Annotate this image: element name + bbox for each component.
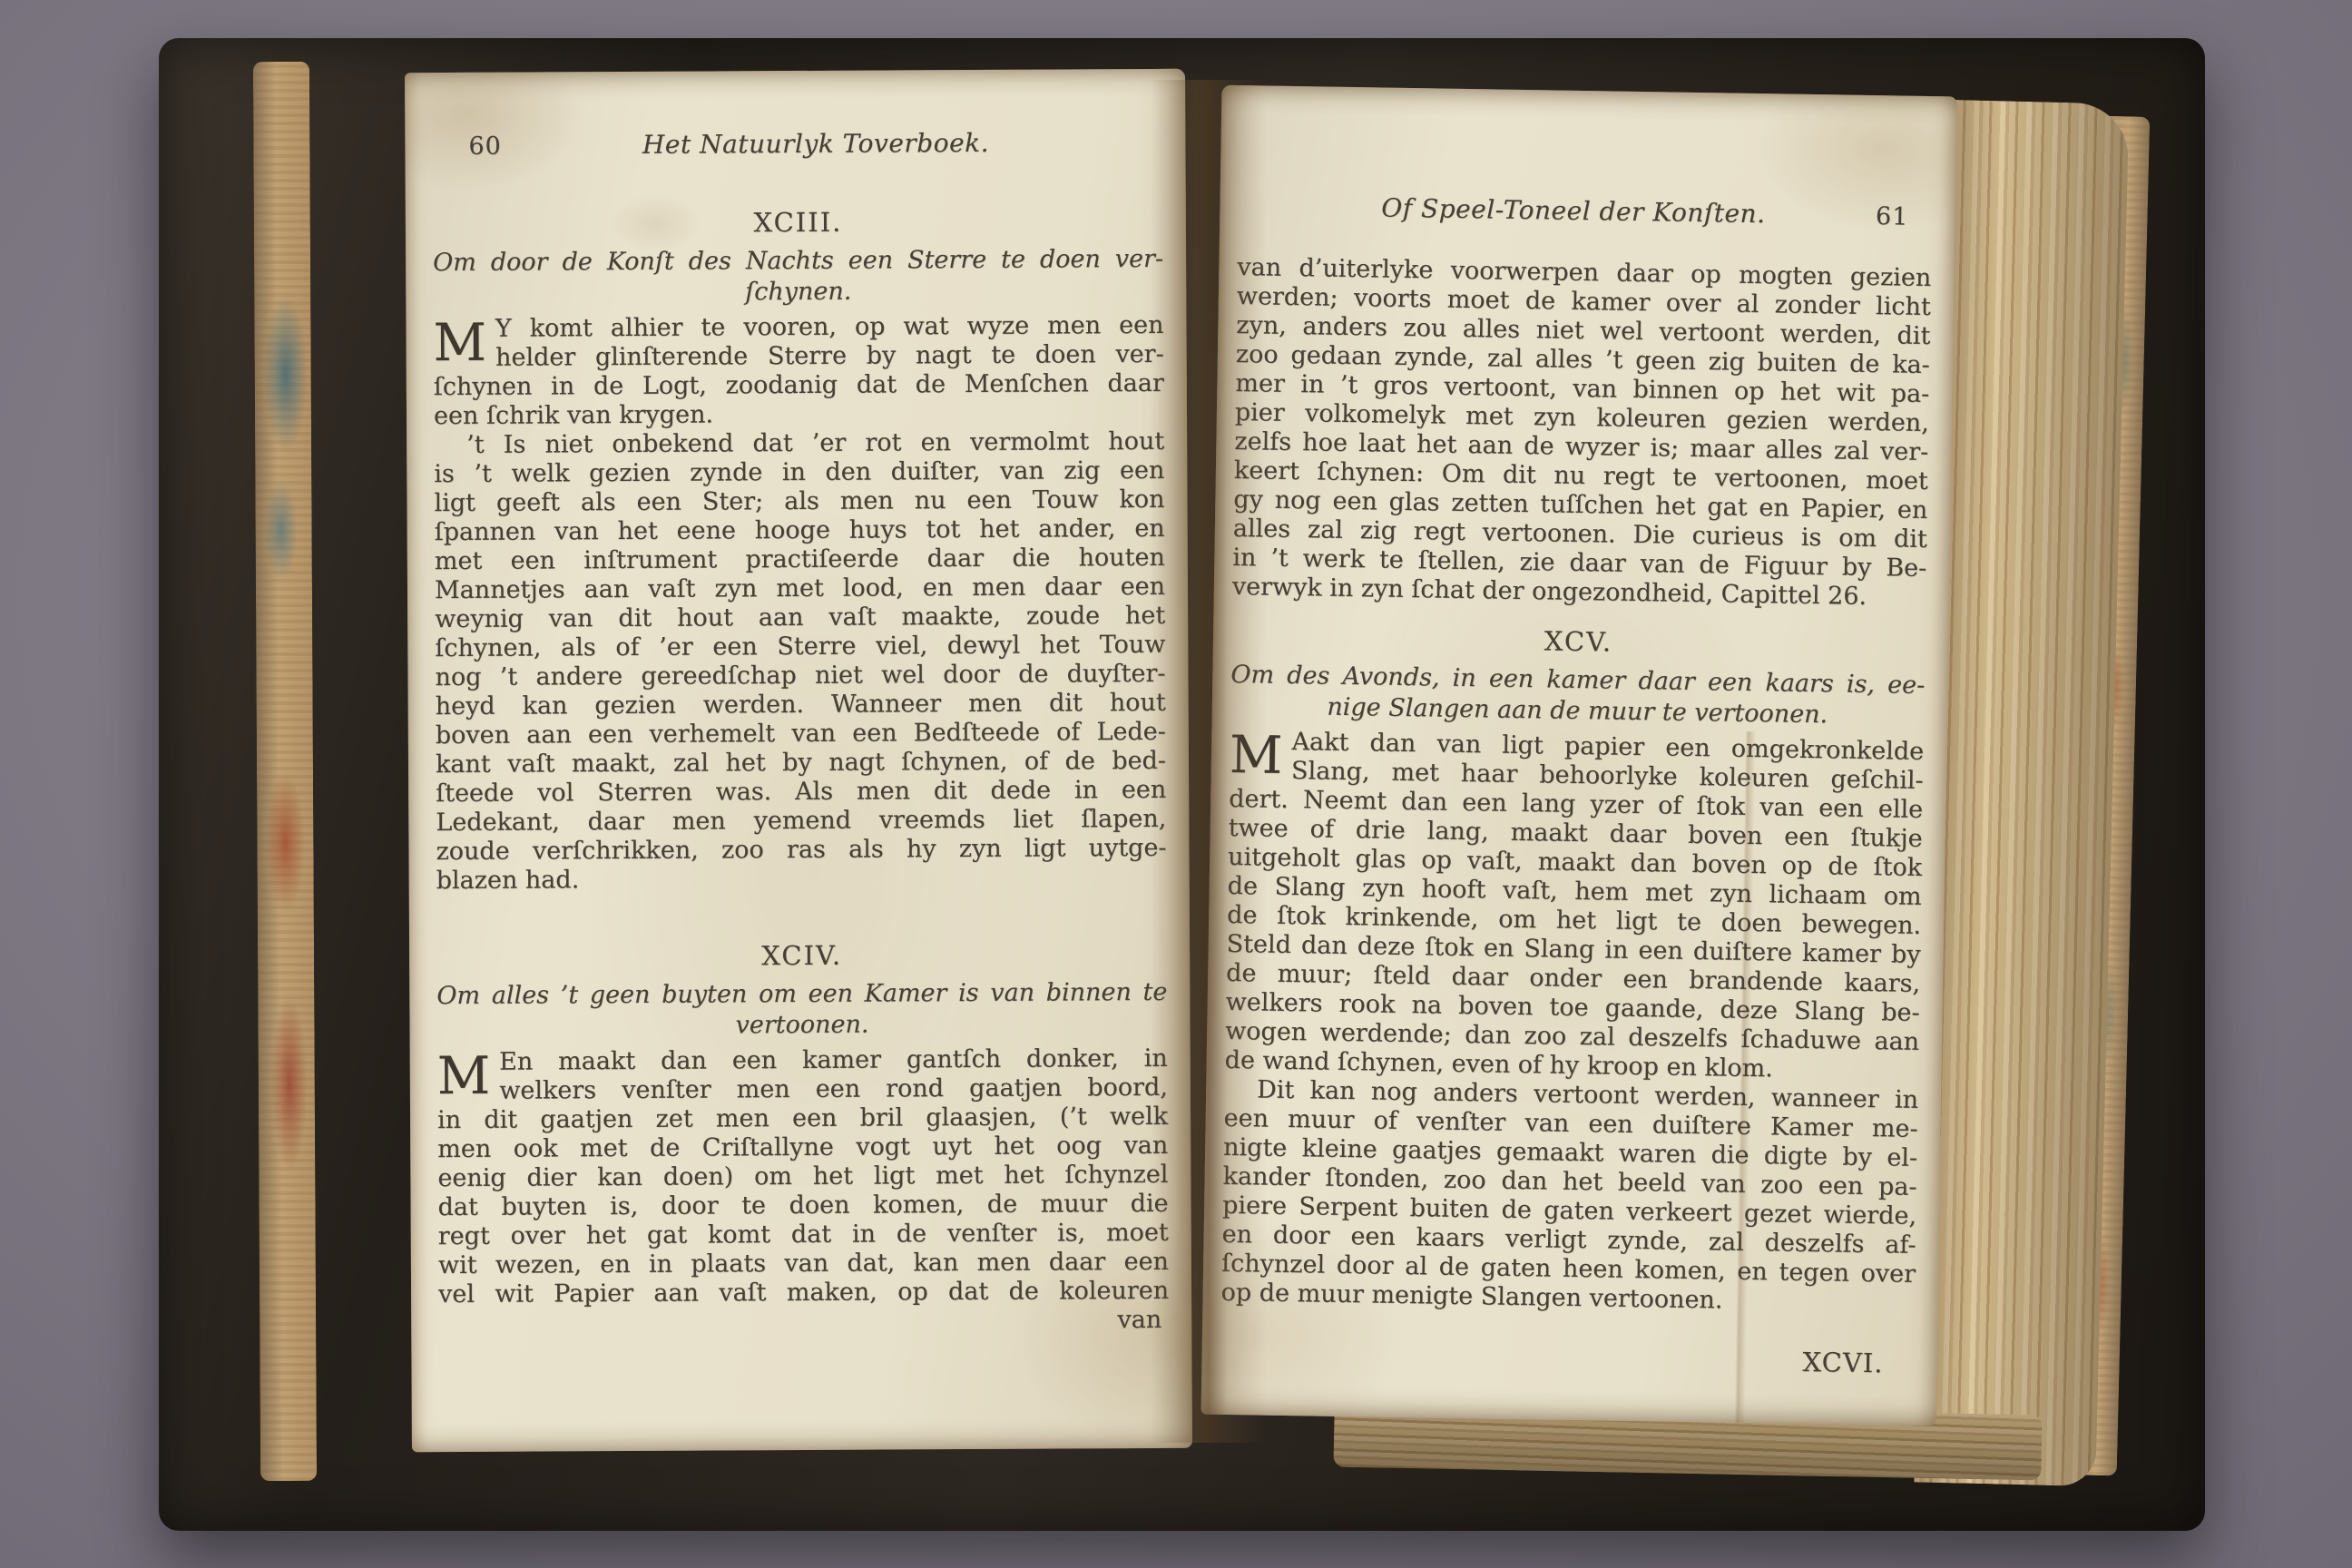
text-line: men ook met de Criſtallyne vogt uyt het … (437, 1132, 1168, 1164)
text-line: vel wit Papier aan vaſt maken, op dat de… (438, 1277, 1169, 1309)
text-line: ſchynen, als of ’er een Sterre viel, dew… (435, 631, 1165, 663)
right-page-text: van d’uiterlyke voorwerpen daar op mogte… (1220, 253, 1931, 1318)
section-number: XCIII. (433, 204, 1163, 240)
text-line: helder glinſterende Sterre by nagt te do… (434, 340, 1164, 373)
text-line: ligt geeft als een Ster; als men nu een … (434, 485, 1164, 518)
text-line: ſchynen in de Logt, zoodanig dat de Menſ… (434, 369, 1164, 402)
right-page-number: 61 (1827, 201, 1933, 233)
left-page-header: 60 Het Natuurlyk Toverboek. (432, 127, 1162, 162)
subtitle-line: vertoonen. (436, 1008, 1167, 1043)
text-line: welkers venſter men een rond gaatjen boo… (437, 1073, 1168, 1106)
section-subtitle: Om door de Konſt des Nachts een Sterre t… (433, 244, 1163, 309)
text-line: heyd kan gezien werden. Wanneer men dit … (436, 689, 1166, 721)
text-line: in dit gaatjen zet men een bril glaasjen… (437, 1102, 1168, 1135)
text-line: ’t Is niet onbekend dat ’er rot en vermo… (434, 427, 1164, 460)
drop-cap: M (1229, 729, 1282, 784)
right-catchword: XCVI. (1220, 1338, 1914, 1378)
section-subtitle: Om des Avonds, in een kamer daar een kaa… (1230, 660, 1926, 732)
left-page-number: 60 (432, 131, 550, 162)
text-line: kant vaſt maakt, zal het by nagt ſchynen… (436, 747, 1166, 779)
text-line: Y komt alhier te vooren, op wat wyze men… (433, 311, 1163, 344)
section-subtitle: Om alles ’t geen buyten om een Kamer is … (436, 977, 1167, 1043)
text-line: regt over het gat komt dat in de venſter… (438, 1219, 1169, 1251)
right-running-title: Of Speel-Toneel der Konſten. (1319, 191, 1827, 230)
text-line: Mannetjes aan vaſt zyn met lood, en men … (435, 573, 1165, 605)
left-catchword: van (438, 1306, 1169, 1338)
open-book: 60 Het Natuurlyk Toverboek. XCIII.Om doo… (0, 0, 2352, 1568)
right-page-header: Of Speel-Toneel der Konſten. 61 (1238, 191, 1932, 233)
left-page-text: XCIII.Om door de Konſt des Nachts een St… (433, 204, 1169, 1309)
text-line: En maakt dan een kamer gantſch donker, i… (437, 1044, 1168, 1077)
paragraph: MAakt dan van ligt papier een omgekronke… (1224, 727, 1924, 1086)
text-line: wit wezen, en in plaats van dat, kan men… (438, 1248, 1169, 1280)
left-page: 60 Het Natuurlyk Toverboek. XCIII.Om doo… (405, 69, 1192, 1452)
subtitle-line: Om door de Konſt des Nachts een Sterre t… (433, 244, 1163, 279)
text-line: zoude verſchrikken, zoo ras als hy zyn l… (436, 834, 1166, 867)
text-line: weynig van dit hout aan vaſt maakte, zou… (435, 602, 1165, 634)
text-line: ſpannen van het eene hooge huys tot het … (435, 514, 1165, 547)
paragraph: van d’uiterlyke voorwerpen daar op mogte… (1232, 253, 1932, 612)
right-page: Of Speel-Toneel der Konſten. 61 van d’ui… (1201, 85, 1957, 1426)
left-running-title: Het Natuurlyk Toverboek. (550, 127, 1081, 161)
paragraph: MY komt alhier te vooren, op wat wyze me… (433, 311, 1164, 431)
text-line: nog ’t andere gereedſchap niet wel door … (435, 660, 1165, 692)
drop-cap: M (437, 1050, 491, 1104)
drop-cap: M (433, 317, 486, 371)
text-line: dat buyten is, door te doen komen, de mu… (437, 1190, 1168, 1222)
section-number: XCIV. (436, 937, 1167, 974)
paragraph: MEn maakt dan een kamer gantſch donker, … (437, 1044, 1169, 1309)
paragraph: ’t Is niet onbekend dat ’er rot en vermo… (434, 427, 1167, 896)
text-line: boven aan een verhemelt van een Bedſteed… (436, 718, 1166, 750)
subtitle-line: Om alles ’t geen buyten om een Kamer is … (436, 977, 1167, 1012)
text-line: een ſchrik van krygen. (434, 398, 1164, 431)
right-header-spacer (1238, 214, 1319, 215)
text-line: eenig dier kan doen) om het ligt met het… (437, 1161, 1168, 1193)
subtitle-line: ſchynen. (433, 275, 1163, 309)
text-line: met een inſtrument practiſeerde daar die… (435, 544, 1165, 576)
paragraph: Dit kan nog anders vertoont werden, wann… (1220, 1075, 1918, 1318)
text-line: Ledekant, daar men yemend vreemds liet ſ… (436, 805, 1166, 838)
text-line: ſteede vol Sterren was. Als men dit dede… (436, 776, 1166, 808)
text-line: blazen had. (436, 863, 1167, 896)
section-number: XCV. (1231, 620, 1926, 663)
text-line: is ’t welk gezien zynde in den duiſter, … (434, 456, 1164, 489)
photo-background: 60 Het Natuurlyk Toverboek. XCIII.Om doo… (0, 0, 2352, 1568)
